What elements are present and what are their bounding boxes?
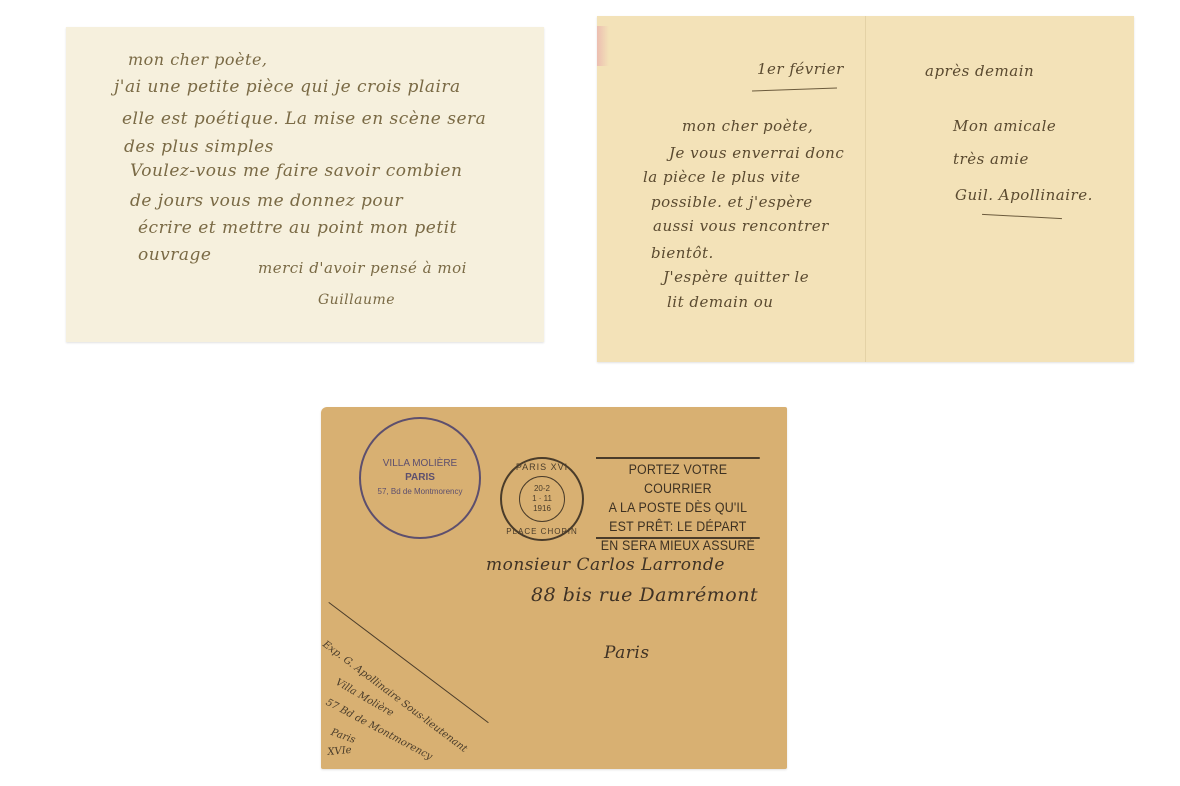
date-underline (752, 88, 837, 92)
stamp-line: PARIS (378, 471, 463, 485)
letter-two-line: après demain (925, 62, 1034, 80)
letter-two-line: aussi vous rencontrer (653, 217, 829, 235)
slogan-line: A LA POSTE DÈS QU'IL (596, 498, 760, 517)
address-line: Paris (604, 643, 650, 663)
ink-stain (597, 26, 609, 66)
address-line: monsieur Carlos Larronde (486, 555, 725, 575)
letter-two-date: 1er février (757, 60, 844, 78)
letter-one-line: j'ai une petite pièce qui je crois plair… (114, 77, 461, 97)
letter-one-signature: Guillaume (318, 292, 395, 308)
letter-two-line: bientôt. (651, 244, 714, 262)
sender-line: XVIe (327, 745, 352, 758)
address-line: 88 bis rue Damrémont (531, 584, 758, 606)
letter-two-line: mon cher poète, (682, 117, 813, 135)
signature-underline (982, 214, 1062, 219)
letter-two-line: lit demain ou (667, 293, 773, 311)
postmark-year: 1916 (533, 504, 551, 514)
envelope: VILLA MOLIÈRE PARIS 57, Bd de Montmorenc… (321, 407, 787, 769)
letter-one-line: Voulez-vous me faire savoir combien (130, 161, 462, 181)
slogan-line: PORTEZ VOTRE COURRIER (596, 460, 760, 498)
stamp-line: VILLA MOLIÈRE (378, 457, 463, 471)
letter-two-line: possible. et j'espère (651, 193, 813, 211)
postmark: PARIS XVI 20-2 1 · 11 1916 PLACE CHOPIN (500, 457, 584, 541)
postmark-date-ring: 20-2 1 · 11 1916 (519, 476, 565, 522)
letter-two-line: J'espère quitter le (663, 268, 809, 286)
hospital-stamp: VILLA MOLIÈRE PARIS 57, Bd de Montmorenc… (359, 417, 481, 539)
letter-one-line: mon cher poète, (128, 50, 268, 69)
sender-line: Paris (329, 727, 357, 746)
letter-two-signature: Guil. Apollinaire. (955, 186, 1093, 204)
postmark-place: PLACE CHOPIN (506, 527, 578, 536)
letter-one-closing: merci d'avoir pensé à moi (258, 259, 467, 277)
slogan-line: EN SERA MIEUX ASSURÉ (596, 536, 760, 555)
fold-line (865, 16, 866, 362)
letter-two-line: Mon amicale (953, 117, 1056, 135)
letter-two-line: la pièce le plus vite (643, 168, 800, 186)
letter-one-line: de jours vous me donnez pour (130, 191, 403, 211)
slogan-line: EST PRÊT: LE DÉPART (596, 517, 760, 536)
postmark-office: PARIS XVI (516, 462, 568, 472)
postmark-date: 1 · 11 (532, 494, 552, 504)
letter-one-line: ouvrage (138, 245, 212, 265)
letter-one: mon cher poète, j'ai une petite pièce qu… (66, 27, 544, 342)
postmark-time: 20-2 (534, 484, 550, 494)
letter-two-line: Je vous enverrai donc (669, 144, 844, 162)
stamp-line: 57, Bd de Montmorency (378, 485, 463, 499)
letter-one-line: des plus simples (124, 137, 274, 157)
letter-one-line: elle est poétique. La mise en scène sera (122, 109, 486, 129)
letter-two: 1er février mon cher poète, Je vous enve… (597, 16, 1134, 362)
postal-slogan-cancel: PORTEZ VOTRE COURRIER A LA POSTE DÈS QU'… (596, 457, 760, 539)
letter-two-line: très amie (953, 150, 1029, 168)
letter-one-line: écrire et mettre au point mon petit (138, 218, 457, 238)
